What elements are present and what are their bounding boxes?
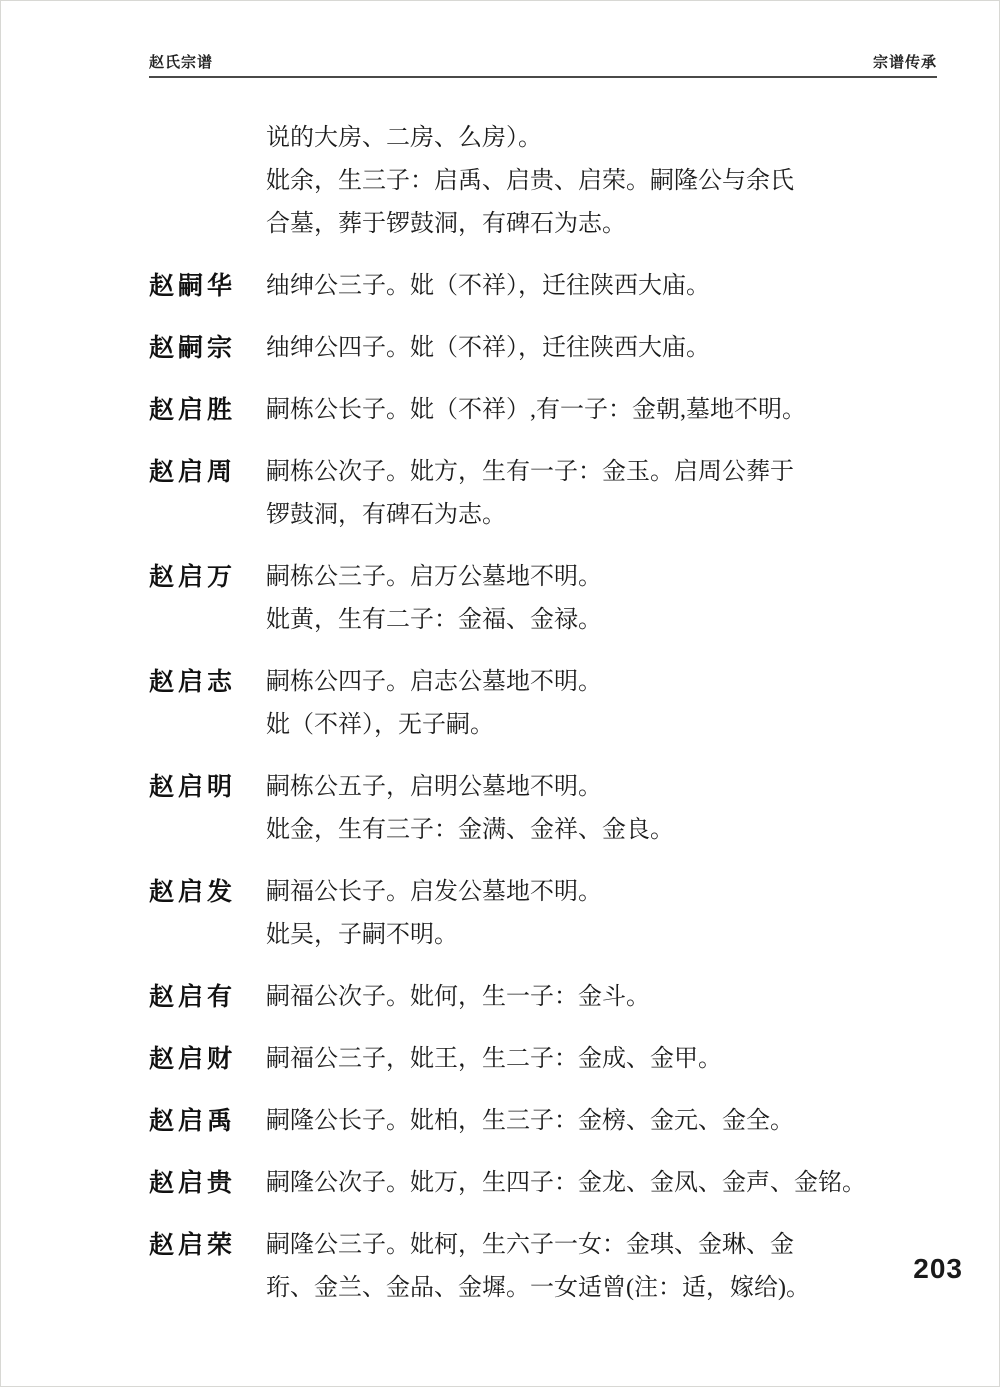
person-name: 赵启志: [149, 661, 266, 747]
genealogy-entry: 赵启贵嗣隆公次子。妣万，生四子：金龙、金凤、金声、金铭。: [149, 1162, 939, 1205]
person-name: 赵启发: [149, 871, 266, 957]
person-name: 赵启财: [149, 1038, 266, 1081]
person-name: 赵启贵: [149, 1162, 266, 1205]
person-name: 赵嗣华: [149, 265, 266, 308]
genealogy-entry: 赵启志嗣栋公四子。启志公墓地不明。妣（不祥），无子嗣。: [149, 661, 939, 747]
entry-text: 嗣栋公四子。启志公墓地不明。妣（不祥），无子嗣。: [266, 661, 936, 747]
genealogy-entry: 赵启财嗣福公三子，妣王，生二子：金成、金甲。: [149, 1038, 939, 1081]
entry-text: 嗣福公长子。启发公墓地不明。妣吴，子嗣不明。: [266, 871, 936, 957]
text-line: 合墓，葬于锣鼓洞，有碑石为志。: [266, 203, 936, 246]
entry-text: 嗣隆公长子。妣柏，生三子：金榜、金元、金全。: [266, 1100, 936, 1143]
person-name: 赵启荣: [149, 1224, 266, 1310]
genealogy-entry: 赵启发嗣福公长子。启发公墓地不明。妣吴，子嗣不明。: [149, 871, 939, 957]
intro-paragraph: 说的大房、二房、么房）。妣余，生三子：启禹、启贵、启荣。嗣隆公与余氏合墓，葬于锣…: [266, 117, 936, 246]
entry-text: 嗣栋公次子。妣方，生有一子：金玉。启周公葬于锣鼓洞，有碑石为志。: [266, 451, 936, 537]
header-left-title: 赵氏宗谱: [149, 51, 213, 72]
entry-text: 嗣福公三子，妣王，生二子：金成、金甲。: [266, 1038, 936, 1081]
text-line: 妣（不祥），无子嗣。: [266, 704, 936, 747]
person-name: 赵启胜: [149, 389, 266, 432]
entry-text: 嗣栋公五子，启明公墓地不明。妣金，生有三子：金满、金祥、金良。: [266, 766, 936, 852]
text-line: 嗣栋公长子。妣（不祥）,有一子：金朝,墓地不明。: [266, 389, 936, 432]
text-line: 嗣栋公次子。妣方，生有一子：金玉。启周公葬于: [266, 451, 936, 494]
genealogy-entry: 赵启胜嗣栋公长子。妣（不祥）,有一子：金朝,墓地不明。: [149, 389, 939, 432]
genealogy-entry: 赵嗣华䌷绅公三子。妣（不祥），迁往陕西大庙。: [149, 265, 939, 308]
person-name: 赵启有: [149, 976, 266, 1019]
genealogy-entry: 赵启明嗣栋公五子，启明公墓地不明。妣金，生有三子：金满、金祥、金良。: [149, 766, 939, 852]
header-right-title: 宗谱传承: [873, 51, 937, 72]
page-number: 203: [913, 1253, 963, 1285]
text-line: 妣余，生三子：启禹、启贵、启荣。嗣隆公与余氏: [266, 160, 936, 203]
text-line: 嗣栋公五子，启明公墓地不明。: [266, 766, 936, 809]
person-name: 赵嗣宗: [149, 327, 266, 370]
entry-text: 䌷绅公四子。妣（不祥），迁往陕西大庙。: [266, 327, 936, 370]
text-line: 嗣福公次子。妣何，生一子：金斗。: [266, 976, 936, 1019]
text-line: 䌷绅公四子。妣（不祥），迁往陕西大庙。: [266, 327, 936, 370]
genealogy-entry: 赵启禹嗣隆公长子。妣柏，生三子：金榜、金元、金全。: [149, 1100, 939, 1143]
text-line: 嗣隆公长子。妣柏，生三子：金榜、金元、金全。: [266, 1100, 936, 1143]
entry-text: 嗣隆公三子。妣柯，生六子一女：金琪、金琳、金珩、金兰、金品、金墀。一女适曾(注：…: [266, 1224, 936, 1310]
person-name: 赵启禹: [149, 1100, 266, 1143]
page-header: 赵氏宗谱 宗谱传承: [149, 51, 937, 78]
person-name: 赵启明: [149, 766, 266, 852]
text-line: 珩、金兰、金品、金墀。一女适曾(注：适，嫁给)。: [266, 1267, 936, 1310]
genealogy-entry: 赵嗣宗䌷绅公四子。妣（不祥），迁往陕西大庙。: [149, 327, 939, 370]
text-line: 嗣隆公三子。妣柯，生六子一女：金琪、金琳、金: [266, 1224, 936, 1267]
text-line: 嗣隆公次子。妣万，生四子：金龙、金凤、金声、金铭。: [266, 1162, 936, 1205]
entry-text: 嗣栋公长子。妣（不祥）,有一子：金朝,墓地不明。: [266, 389, 936, 432]
text-line: 妣金，生有三子：金满、金祥、金良。: [266, 809, 936, 852]
genealogy-entry: 赵启荣嗣隆公三子。妣柯，生六子一女：金琪、金琳、金珩、金兰、金品、金墀。一女适曾…: [149, 1224, 939, 1310]
genealogy-entry: 赵启万嗣栋公三子。启万公墓地不明。妣黄，生有二子：金福、金禄。: [149, 556, 939, 642]
genealogy-entry: 赵启有嗣福公次子。妣何，生一子：金斗。: [149, 976, 939, 1019]
book-page: 赵氏宗谱 宗谱传承 说的大房、二房、么房）。妣余，生三子：启禹、启贵、启荣。嗣隆…: [0, 0, 1000, 1387]
page-content: 说的大房、二房、么房）。妣余，生三子：启禹、启贵、启荣。嗣隆公与余氏合墓，葬于锣…: [149, 117, 939, 1310]
text-line: 妣黄，生有二子：金福、金禄。: [266, 599, 936, 642]
text-line: 䌷绅公三子。妣（不祥），迁往陕西大庙。: [266, 265, 936, 308]
entry-text: 嗣福公次子。妣何，生一子：金斗。: [266, 976, 936, 1019]
text-line: 嗣福公长子。启发公墓地不明。: [266, 871, 936, 914]
text-line: 说的大房、二房、么房）。: [266, 117, 936, 160]
person-name: 赵启周: [149, 451, 266, 537]
text-line: 锣鼓洞，有碑石为志。: [266, 494, 936, 537]
entry-text: 嗣隆公次子。妣万，生四子：金龙、金凤、金声、金铭。: [266, 1162, 936, 1205]
entry-text: 䌷绅公三子。妣（不祥），迁往陕西大庙。: [266, 265, 936, 308]
text-line: 嗣栋公四子。启志公墓地不明。: [266, 661, 936, 704]
genealogy-entry: 赵启周嗣栋公次子。妣方，生有一子：金玉。启周公葬于锣鼓洞，有碑石为志。: [149, 451, 939, 537]
entry-list: 赵嗣华䌷绅公三子。妣（不祥），迁往陕西大庙。赵嗣宗䌷绅公四子。妣（不祥），迁往陕…: [149, 265, 939, 1310]
entry-text: 嗣栋公三子。启万公墓地不明。妣黄，生有二子：金福、金禄。: [266, 556, 936, 642]
person-name: 赵启万: [149, 556, 266, 642]
text-line: 妣吴，子嗣不明。: [266, 914, 936, 957]
text-line: 嗣福公三子，妣王，生二子：金成、金甲。: [266, 1038, 936, 1081]
text-line: 嗣栋公三子。启万公墓地不明。: [266, 556, 936, 599]
